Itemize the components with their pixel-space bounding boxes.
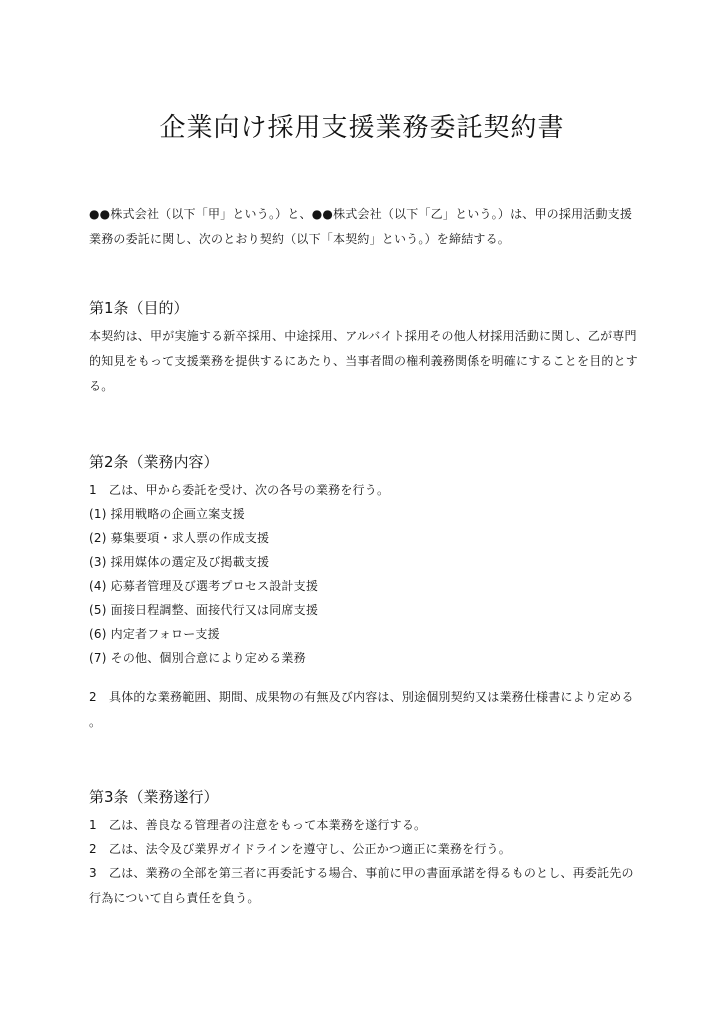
- article-1-line: 本契約は、甲が実施する新卒採用、中途採用、アルバイト採用その他人材採用活動に関し…: [89, 328, 637, 344]
- article-1-heading: 第1条（目的）: [89, 298, 189, 318]
- article-3-clause: 3 乙は、業務の全部を第三者に再委託する場合、事前に甲の書面承諾を得るものとし、…: [89, 865, 634, 881]
- article-3-clause: 行為について自ら責任を負う。: [89, 890, 260, 906]
- article-1-line: る。: [89, 378, 113, 394]
- preamble-line: ●●株式会社（以下「甲」という。）と、●●株式会社（以下「乙」という。）は、甲の…: [89, 206, 632, 222]
- article-2-clause: 1 乙は、甲から委託を受け、次の各号の業務を行う。: [89, 482, 389, 498]
- article-2-item: (5) 面接日程調整、面接代行又は同席支援: [89, 602, 318, 618]
- article-2-item: (3) 採用媒体の選定及び掲載支援: [89, 554, 269, 570]
- article-2-item: (2) 募集要項・求人票の作成支援: [89, 530, 269, 546]
- article-2-item: (6) 内定者フォロー支援: [89, 626, 220, 642]
- document-page: 企業向け採用支援業務委託契約書 ●●株式会社（以下「甲」という。）と、●●株式会…: [0, 0, 724, 1024]
- article-2-clause: 。: [89, 714, 101, 730]
- article-2-heading: 第2条（業務内容）: [89, 452, 219, 472]
- article-3-heading: 第3条（業務遂行）: [89, 787, 219, 807]
- article-2-item: (1) 採用戦略の企画立案支援: [89, 506, 245, 522]
- article-1-line: 的知見をもって支援業務を提供するにあたり、当事者間の権利義務関係を明確にすること…: [89, 353, 638, 369]
- preamble-line: 業務の委託に関し、次のとおり契約（以下「本契約」という。）を締結する。: [89, 231, 510, 247]
- article-3-clause: 2 乙は、法令及び業界ガイドラインを遵守し、公正かつ適正に業務を行う。: [89, 841, 511, 857]
- article-2-clause: 2 具体的な業務範囲、期間、成果物の有無及び内容は、別途個別契約又は業務仕様書に…: [89, 689, 634, 705]
- article-2-item: (4) 応募者管理及び選考プロセス設計支援: [89, 578, 318, 594]
- article-3-clause: 1 乙は、善良なる管理者の注意をもって本業務を遂行する。: [89, 817, 426, 833]
- article-2-item: (7) その他、個別合意により定める業務: [89, 650, 306, 666]
- document-title: 企業向け採用支援業務委託契約書: [0, 108, 724, 148]
